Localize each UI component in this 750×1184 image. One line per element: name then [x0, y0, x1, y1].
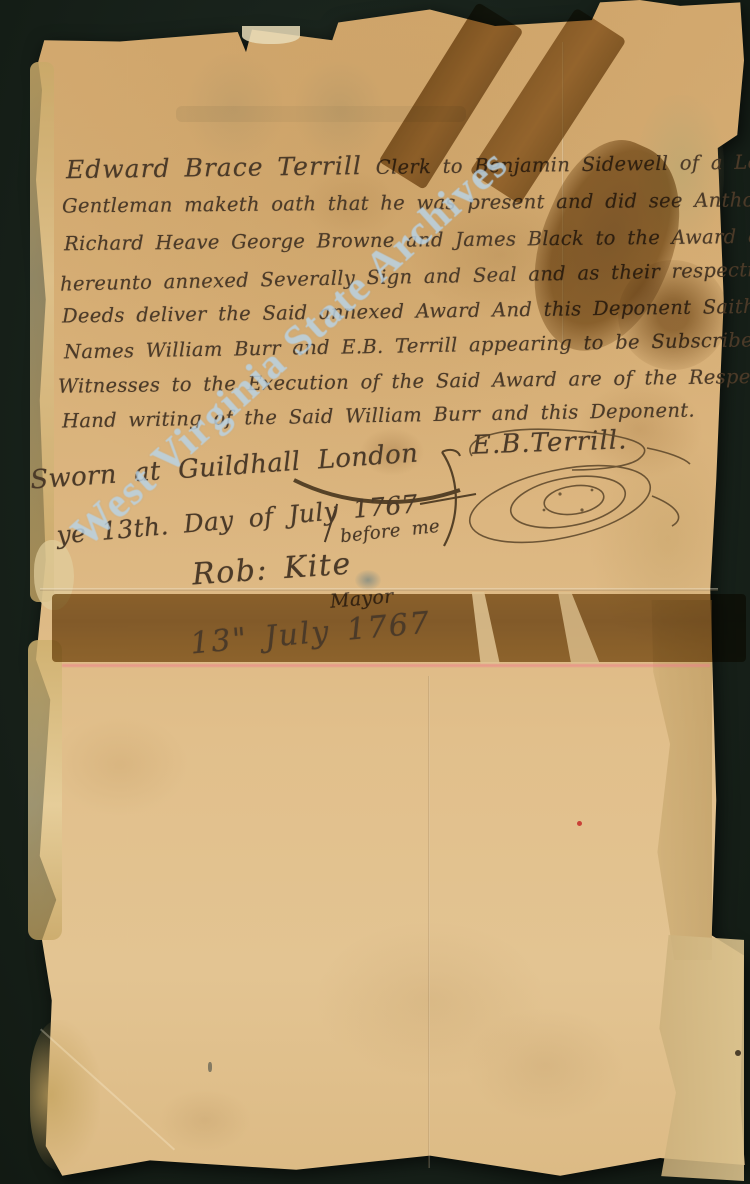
dark-speck: [735, 1050, 741, 1056]
scanned-document-photo: Edward Brace Terrill Clerk to Benjamin S…: [0, 0, 750, 1184]
vertical-fold-crease: [428, 676, 430, 1168]
top-edge-notch-patch: [242, 26, 300, 44]
red-ink-speck: [577, 821, 582, 826]
pink-rule-line: [62, 664, 710, 667]
dark-speck: [208, 1062, 212, 1072]
left-bottom-corner-patch: [30, 1020, 100, 1170]
deponent-name: Edward Brace Terrill: [66, 151, 376, 184]
left-edge-repair-strip: [28, 640, 62, 940]
left-edge-repair-strip: [30, 62, 54, 602]
blue-ink-blot: [355, 570, 381, 590]
